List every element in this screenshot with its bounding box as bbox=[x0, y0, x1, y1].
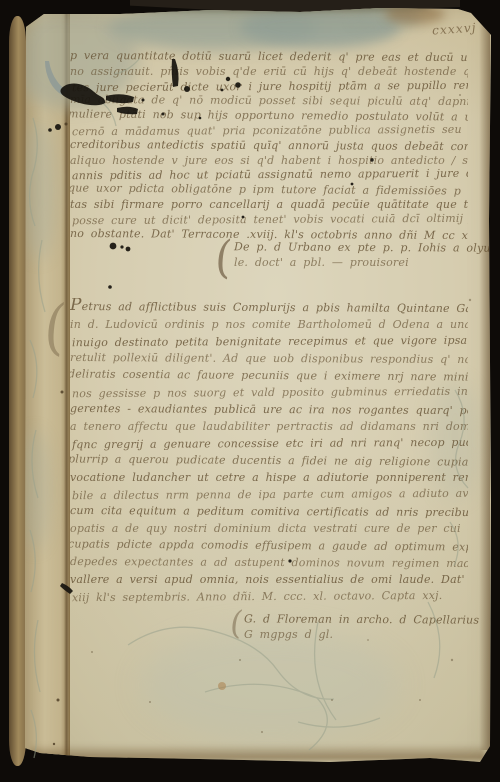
manuscript-line: plurrip a querou pudicate ducentis a fid… bbox=[70, 450, 466, 470]
manuscript-line: a tenero affectu que laudabiliter pertra… bbox=[70, 418, 468, 435]
manuscript-line: xiij kl's septembris. Anno dñi. M. ccc. … bbox=[72, 587, 468, 604]
manuscript-line: in d. Ludovicū ordinis p nos comite Bart… bbox=[70, 316, 468, 333]
paragraph-1: p vera quantitate dotiū suarū licet dede… bbox=[70, 50, 468, 243]
underlying-leaf-edge bbox=[9, 16, 26, 766]
manuscript-line: no assignauit. pñtis vobis q'de eriū cū … bbox=[70, 65, 468, 80]
subscription-line: le. doct' a pbl. — prouisorei bbox=[234, 255, 500, 270]
manuscript-line: posse cure ut dicit' deposita tenet' vob… bbox=[72, 212, 468, 229]
page-right-edge-shading bbox=[479, 18, 490, 750]
manuscript-line: depedes expectantes a ad astupent domino… bbox=[70, 553, 468, 572]
manuscript-line: que uxor pdicta obligatōne p ipm tutore … bbox=[70, 182, 466, 200]
manuscript-line: creditoribus antedictis spatiū quīq' ann… bbox=[70, 138, 468, 155]
paragraph-2: Petrus ad afflictibus suis Complurijs a … bbox=[70, 298, 468, 604]
gutter-stain bbox=[22, 120, 56, 260]
manuscript-line: cum cita equitum a peditum comitiva cert… bbox=[70, 502, 468, 521]
manuscript-line: tas sibi firmare porro cancellarij a qua… bbox=[70, 198, 468, 213]
manuscript-line: aliquo hostende v jure eos si q'd habent… bbox=[70, 154, 468, 169]
bottom-stain bbox=[140, 630, 400, 740]
manuscript-photo: cxxxvj p vera quantitate dotiū suarū lic… bbox=[0, 0, 500, 782]
subscription-line: G. d Floreman in archo. d Capellarius bbox=[244, 611, 479, 627]
manuscript-line: gerentes - exaudiantes publicā ure ac ir… bbox=[70, 400, 468, 419]
manuscript-line: p vera quantitate dotiū suarū licet dede… bbox=[70, 50, 468, 66]
subscription-line: De p. d Urbano ex pte p. p. Iohis a olyu… bbox=[234, 239, 500, 255]
page-bottom-edge-shading bbox=[30, 744, 485, 760]
manuscript-line: vallere a versi apud omnia, nois essenti… bbox=[70, 571, 468, 588]
manuscript-line: Petrus ad afflictibus suis Complurijs a … bbox=[70, 298, 468, 317]
manuscript-line: opatis a de quy nostri dominium dicta ve… bbox=[70, 520, 468, 537]
subscription-1: De p. d Urbano ex pte p. p. Iohis a olyu… bbox=[234, 240, 500, 270]
manuscript-page: cxxxvj p vera quantitate dotiū suarū lic… bbox=[0, 0, 500, 782]
manuscript-line: vocatione ludancher ut cetre a hispe a a… bbox=[70, 469, 468, 486]
subscription-line: G mgpgs d gl. bbox=[244, 627, 479, 642]
gutter-crease bbox=[64, 0, 69, 782]
subscription-2: G. d Floreman in archo. d Capellarius G … bbox=[244, 612, 479, 642]
